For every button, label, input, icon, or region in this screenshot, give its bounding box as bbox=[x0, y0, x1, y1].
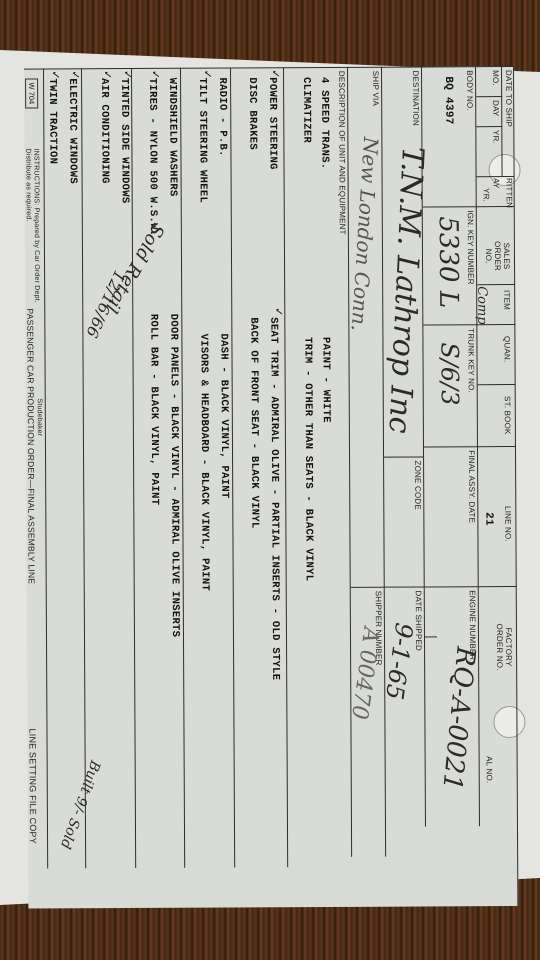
divider bbox=[425, 636, 437, 637]
divider bbox=[477, 176, 515, 177]
trim-item: DOOR PANELS - BLACK VINYL - ADMIRAL OLIV… bbox=[167, 314, 181, 638]
signature: Built 9/- Sold bbox=[57, 758, 103, 851]
equipment-item: POWER STEERING bbox=[266, 77, 278, 169]
body-no-label: BODY NO. bbox=[465, 70, 474, 111]
equipment-item: DISC BRAKES bbox=[246, 77, 258, 150]
divider bbox=[477, 284, 515, 285]
divider bbox=[476, 96, 502, 97]
ign-key-label: IGN. KEY NUMBER bbox=[466, 210, 475, 284]
trim-item: TRIM - OTHER THAN SEATS - BLACK VINYL bbox=[301, 337, 314, 581]
divider bbox=[283, 67, 288, 867]
instructions-text: INSTRUCTIONS: Prepared by Car Order Dept… bbox=[31, 148, 41, 303]
divider bbox=[425, 586, 479, 587]
trunk-key-value: S/6/3 bbox=[435, 342, 463, 405]
divider bbox=[381, 67, 386, 857]
trim-item: VISORS & HEADBOARD - BLACK VINYL, PAINT bbox=[197, 334, 210, 592]
book-label: ST. BOOK bbox=[503, 396, 512, 435]
shipper-number-value: A 00470 bbox=[346, 626, 383, 721]
equipment-item: ELECTRIC WINDOWS bbox=[66, 78, 79, 184]
equipment-item: TINTED SIDE WINDOWS bbox=[118, 78, 131, 203]
divider bbox=[385, 586, 425, 587]
item-value: Comp bbox=[474, 286, 489, 325]
divider bbox=[351, 587, 385, 588]
month-label: MO. bbox=[491, 70, 500, 86]
equipment-item: TIRES - NYLON 500 W.S.W. bbox=[146, 78, 159, 236]
engine-number-value: RQ-A-0021 bbox=[436, 645, 480, 792]
divider bbox=[501, 66, 503, 176]
written-year-label: YR. bbox=[482, 188, 491, 202]
item-label: ITEM bbox=[502, 290, 511, 310]
divider bbox=[81, 68, 86, 868]
divider bbox=[180, 68, 185, 868]
divider bbox=[478, 446, 516, 447]
date-shipped-value: 9-1-65 bbox=[380, 621, 418, 701]
divider bbox=[478, 384, 516, 385]
trim-item: ROLL BAR - BLACK VINYL, PAINT bbox=[147, 314, 160, 505]
line-no-value: 21 bbox=[482, 512, 494, 526]
trim-item: DASH - BLACK VINYL, PAINT bbox=[217, 333, 230, 498]
written-label: RITTEN bbox=[505, 178, 514, 208]
day-label: DAY bbox=[491, 100, 500, 117]
divider bbox=[476, 126, 502, 127]
equipment-item: WINDSHIELD WASHERS bbox=[166, 78, 179, 197]
trim-item: BACK OF FRONT SEAT - BLACK VINYL bbox=[247, 317, 260, 528]
instructions-text-2: Distribute as required. bbox=[23, 149, 32, 222]
punch-hole-icon bbox=[493, 706, 525, 738]
serial-no-label: AL NO. bbox=[485, 756, 494, 783]
zone-code-label: ZONE CODE bbox=[413, 460, 422, 509]
document-title: PASSENGER CAR PRODUCTION ORDER—FINAL ASS… bbox=[25, 309, 35, 585]
equipment-item: CLIMATIZER bbox=[300, 77, 312, 143]
divider bbox=[384, 456, 424, 457]
divider bbox=[423, 206, 477, 207]
line-no-label: LINE NO. bbox=[503, 506, 512, 542]
divider bbox=[423, 324, 477, 325]
divider bbox=[347, 67, 352, 857]
year-label: YR. bbox=[491, 130, 500, 144]
final-assy-date-label: FINAL ASSY. DATE bbox=[467, 450, 476, 523]
equipment-item: RADIO - P.B. bbox=[216, 77, 228, 156]
body-no-value: BQ 4397 bbox=[442, 76, 454, 124]
factory-order-label: FACTORY ORDER NO. bbox=[495, 622, 513, 672]
description-label: DESCRIPTION OF UNIT AND EQUIPMENT bbox=[337, 71, 347, 235]
destination-label: DESTINATION bbox=[411, 70, 420, 125]
equipment-item: AIR CONDITIONING bbox=[98, 78, 111, 184]
divider bbox=[479, 586, 517, 587]
company-name: Studebaker bbox=[35, 398, 44, 436]
equipment-item: TWIN TRACTION bbox=[46, 78, 58, 164]
ship-via-value: New London Conn. bbox=[347, 136, 384, 332]
trim-item: PAINT - WHITE bbox=[319, 337, 331, 423]
ign-key-value: 5330 L bbox=[433, 216, 463, 308]
quantity-label: QUAN. bbox=[502, 336, 511, 362]
divider bbox=[43, 68, 48, 868]
divider bbox=[230, 67, 235, 867]
copy-type-label: LINE SETTING FILE COPY bbox=[27, 729, 37, 844]
date-to-ship-label: DATE TO SHIP bbox=[504, 70, 513, 127]
sales-order-label: SALES ORDER NO. bbox=[484, 236, 511, 276]
divider bbox=[424, 446, 478, 447]
form-number: W 704 bbox=[25, 78, 38, 108]
divider bbox=[131, 68, 136, 868]
checkmark-icon: ✓ bbox=[272, 307, 285, 316]
ship-via-label: SHIP VIA bbox=[371, 71, 380, 106]
production-order-form: DATE TO SHIP MO. DAY YR. RITTEN AY YR. S… bbox=[24, 66, 518, 909]
trim-item: SEAT TRIM - ADMIRAL OLIVE - PARTIAL INSE… bbox=[267, 317, 281, 680]
equipment-item: 4 SPEED TRANS. bbox=[318, 77, 330, 169]
written-day-label: AY bbox=[492, 178, 501, 189]
trunk-key-label: TRUNK KEY NO. bbox=[466, 328, 475, 393]
equipment-item: TILT STEERING WHEEL bbox=[196, 78, 209, 203]
